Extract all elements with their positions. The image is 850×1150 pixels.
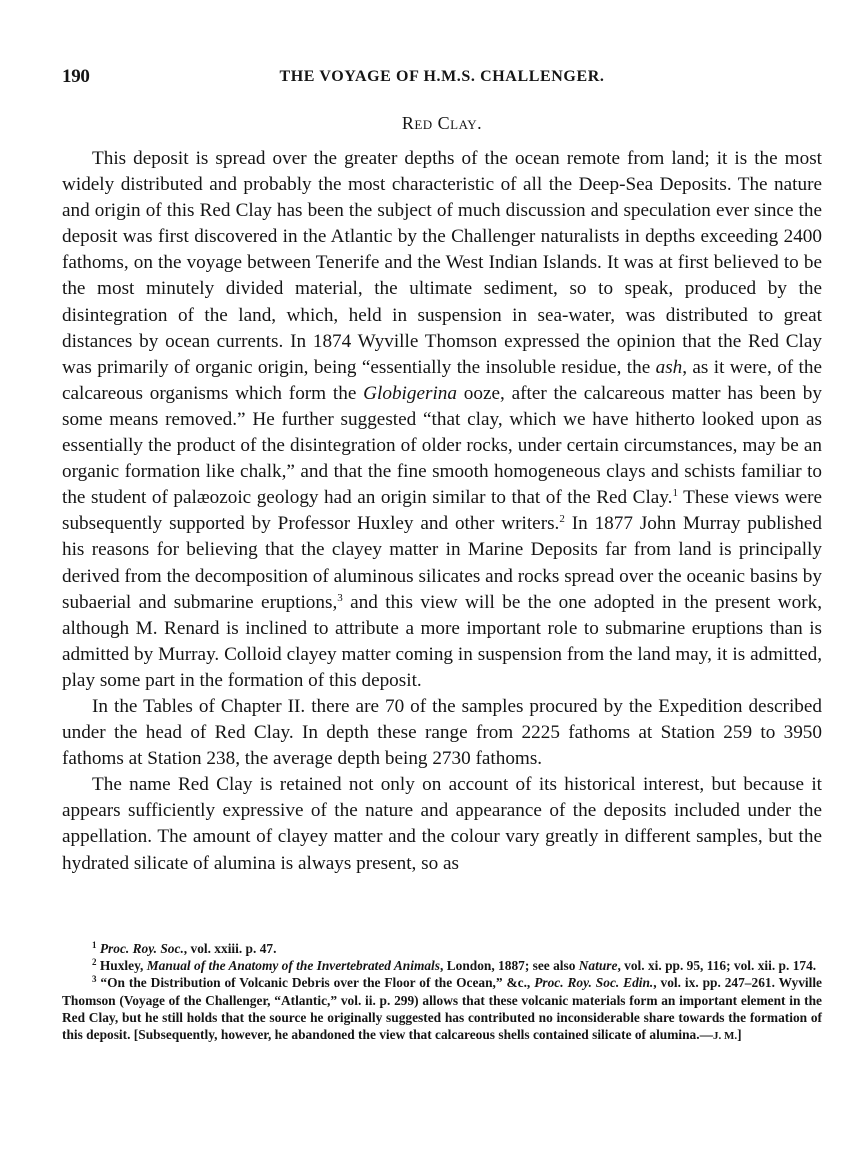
- footnote-text: “On the Distribution of Volcanic Debris …: [62, 975, 822, 1042]
- footnote: 2 Huxley, Manual of the Anatomy of the I…: [62, 957, 822, 974]
- running-head: 190 THE VOYAGE OF H.M.S. CHALLENGER.: [62, 66, 822, 90]
- text-run: ]: [737, 1027, 741, 1042]
- section-title: Red Clay.: [62, 113, 822, 134]
- footnote-marker: 1: [92, 940, 97, 950]
- text-run: Huxley,: [100, 958, 147, 973]
- italic-text: Proc. Roy. Soc. Edin.: [534, 975, 653, 990]
- italic-text: Globigerina: [363, 383, 457, 404]
- text-run: The name Red Clay is retained not only o…: [62, 774, 822, 873]
- text-run: In the Tables of Chapter II. there are 7…: [62, 696, 822, 769]
- text-run: , vol. xi. pp. 95, 116; vol. xii. p. 174…: [617, 958, 816, 973]
- footnote-marker: 3: [92, 974, 97, 984]
- paragraph: The name Red Clay is retained not only o…: [62, 772, 822, 876]
- footnote-text: Proc. Roy. Soc., vol. xxiii. p. 47.: [100, 941, 277, 956]
- footnote: 1 Proc. Roy. Soc., vol. xxiii. p. 47.: [62, 940, 822, 957]
- footnote: 3 “On the Distribution of Volcanic Debri…: [62, 974, 822, 1045]
- italic-text: ash: [656, 357, 683, 378]
- paragraph: This deposit is spread over the greater …: [62, 146, 822, 694]
- initials: J. M.: [713, 1030, 737, 1042]
- paragraph: In the Tables of Chapter II. there are 7…: [62, 694, 822, 772]
- text-run: “On the Distribution of Volcanic Debris …: [100, 975, 534, 990]
- body-text: This deposit is spread over the greater …: [62, 146, 822, 877]
- footnote-marker: 2: [92, 957, 97, 967]
- italic-text: Nature: [579, 958, 618, 973]
- running-title: THE VOYAGE OF H.M.S. CHALLENGER.: [62, 68, 822, 86]
- footnotes: 1 Proc. Roy. Soc., vol. xxiii. p. 47. 2 …: [62, 940, 822, 1045]
- italic-text: Manual of the Anatomy of the Invertebrat…: [147, 958, 440, 973]
- text-run: , vol. xxiii. p. 47.: [184, 941, 277, 956]
- text-run: This deposit is spread over the greater …: [62, 148, 822, 378]
- italic-text: Proc. Roy. Soc.: [100, 941, 184, 956]
- text-run: , London, 1887; see also: [440, 958, 579, 973]
- footnote-text: Huxley, Manual of the Anatomy of the Inv…: [100, 958, 816, 973]
